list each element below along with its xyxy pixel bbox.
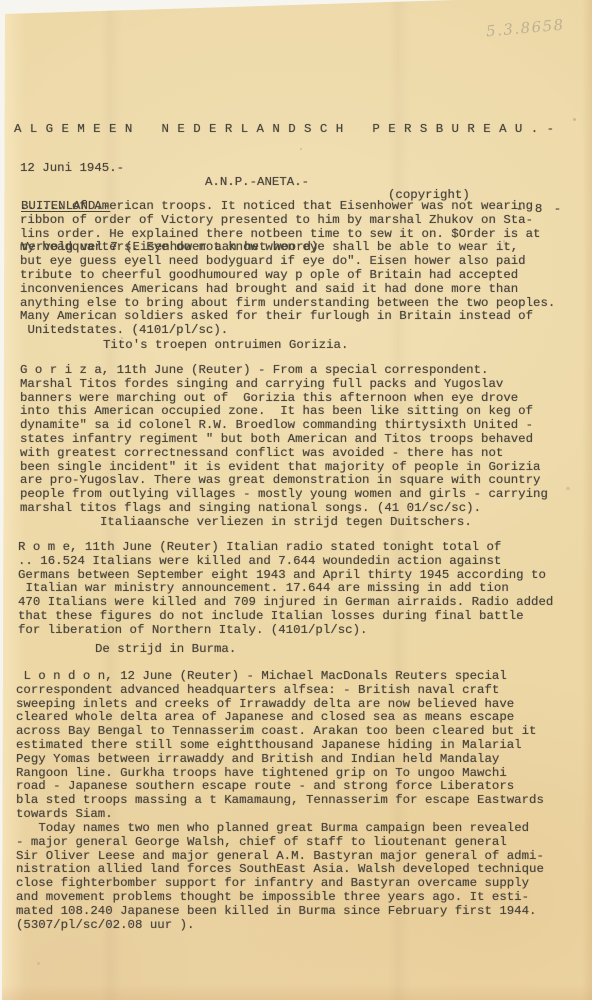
- article-body-eisenhower: ...... of American troops. It noticed th…: [20, 200, 582, 338]
- scanned-press-bulletin: 5.3.8658 ALGEMEEN NEDERLANDSCH PERSBUREA…: [0, 0, 592, 1000]
- article-heading-italian-losses: Italiaansche verliezen in strijd tegen D…: [100, 516, 592, 530]
- article-body-tito: G o r i z a, 11th June (Reuter) - From a…: [20, 364, 582, 516]
- article-heading-tito: Tito's troepen ontruimen Gorizia.: [103, 339, 592, 353]
- agency-masthead: ALGEMEEN NEDERLANDSCH PERSBUREAU.-: [14, 123, 592, 137]
- paper-speck: [573, 118, 576, 121]
- article-body-italian-losses: R o m e, 11th June (Reuter) Italian radi…: [18, 541, 580, 638]
- paper-speck: [503, 240, 505, 243]
- paper-speck: [121, 337, 123, 339]
- article-heading-burma: De strijd in Burma.: [95, 643, 592, 657]
- paper-speck: [37, 962, 40, 965]
- paper-speck: [300, 148, 302, 150]
- handwritten-archive-number: 5.3.8658: [486, 19, 566, 40]
- paper-sheet: 5.3.8658 ALGEMEEN NEDERLANDSCH PERSBUREA…: [0, 0, 592, 1000]
- paper-speck: [566, 487, 570, 490]
- article-body-burma-continued: Today names two men who planned great Bu…: [16, 822, 578, 932]
- article-body-burma: L o n d o n, 12 June (Reuter) - Michael …: [16, 670, 578, 822]
- dateline: 12 Juni 1945.- A.N.P.-ANETA.- (copyright…: [0, 148, 592, 162]
